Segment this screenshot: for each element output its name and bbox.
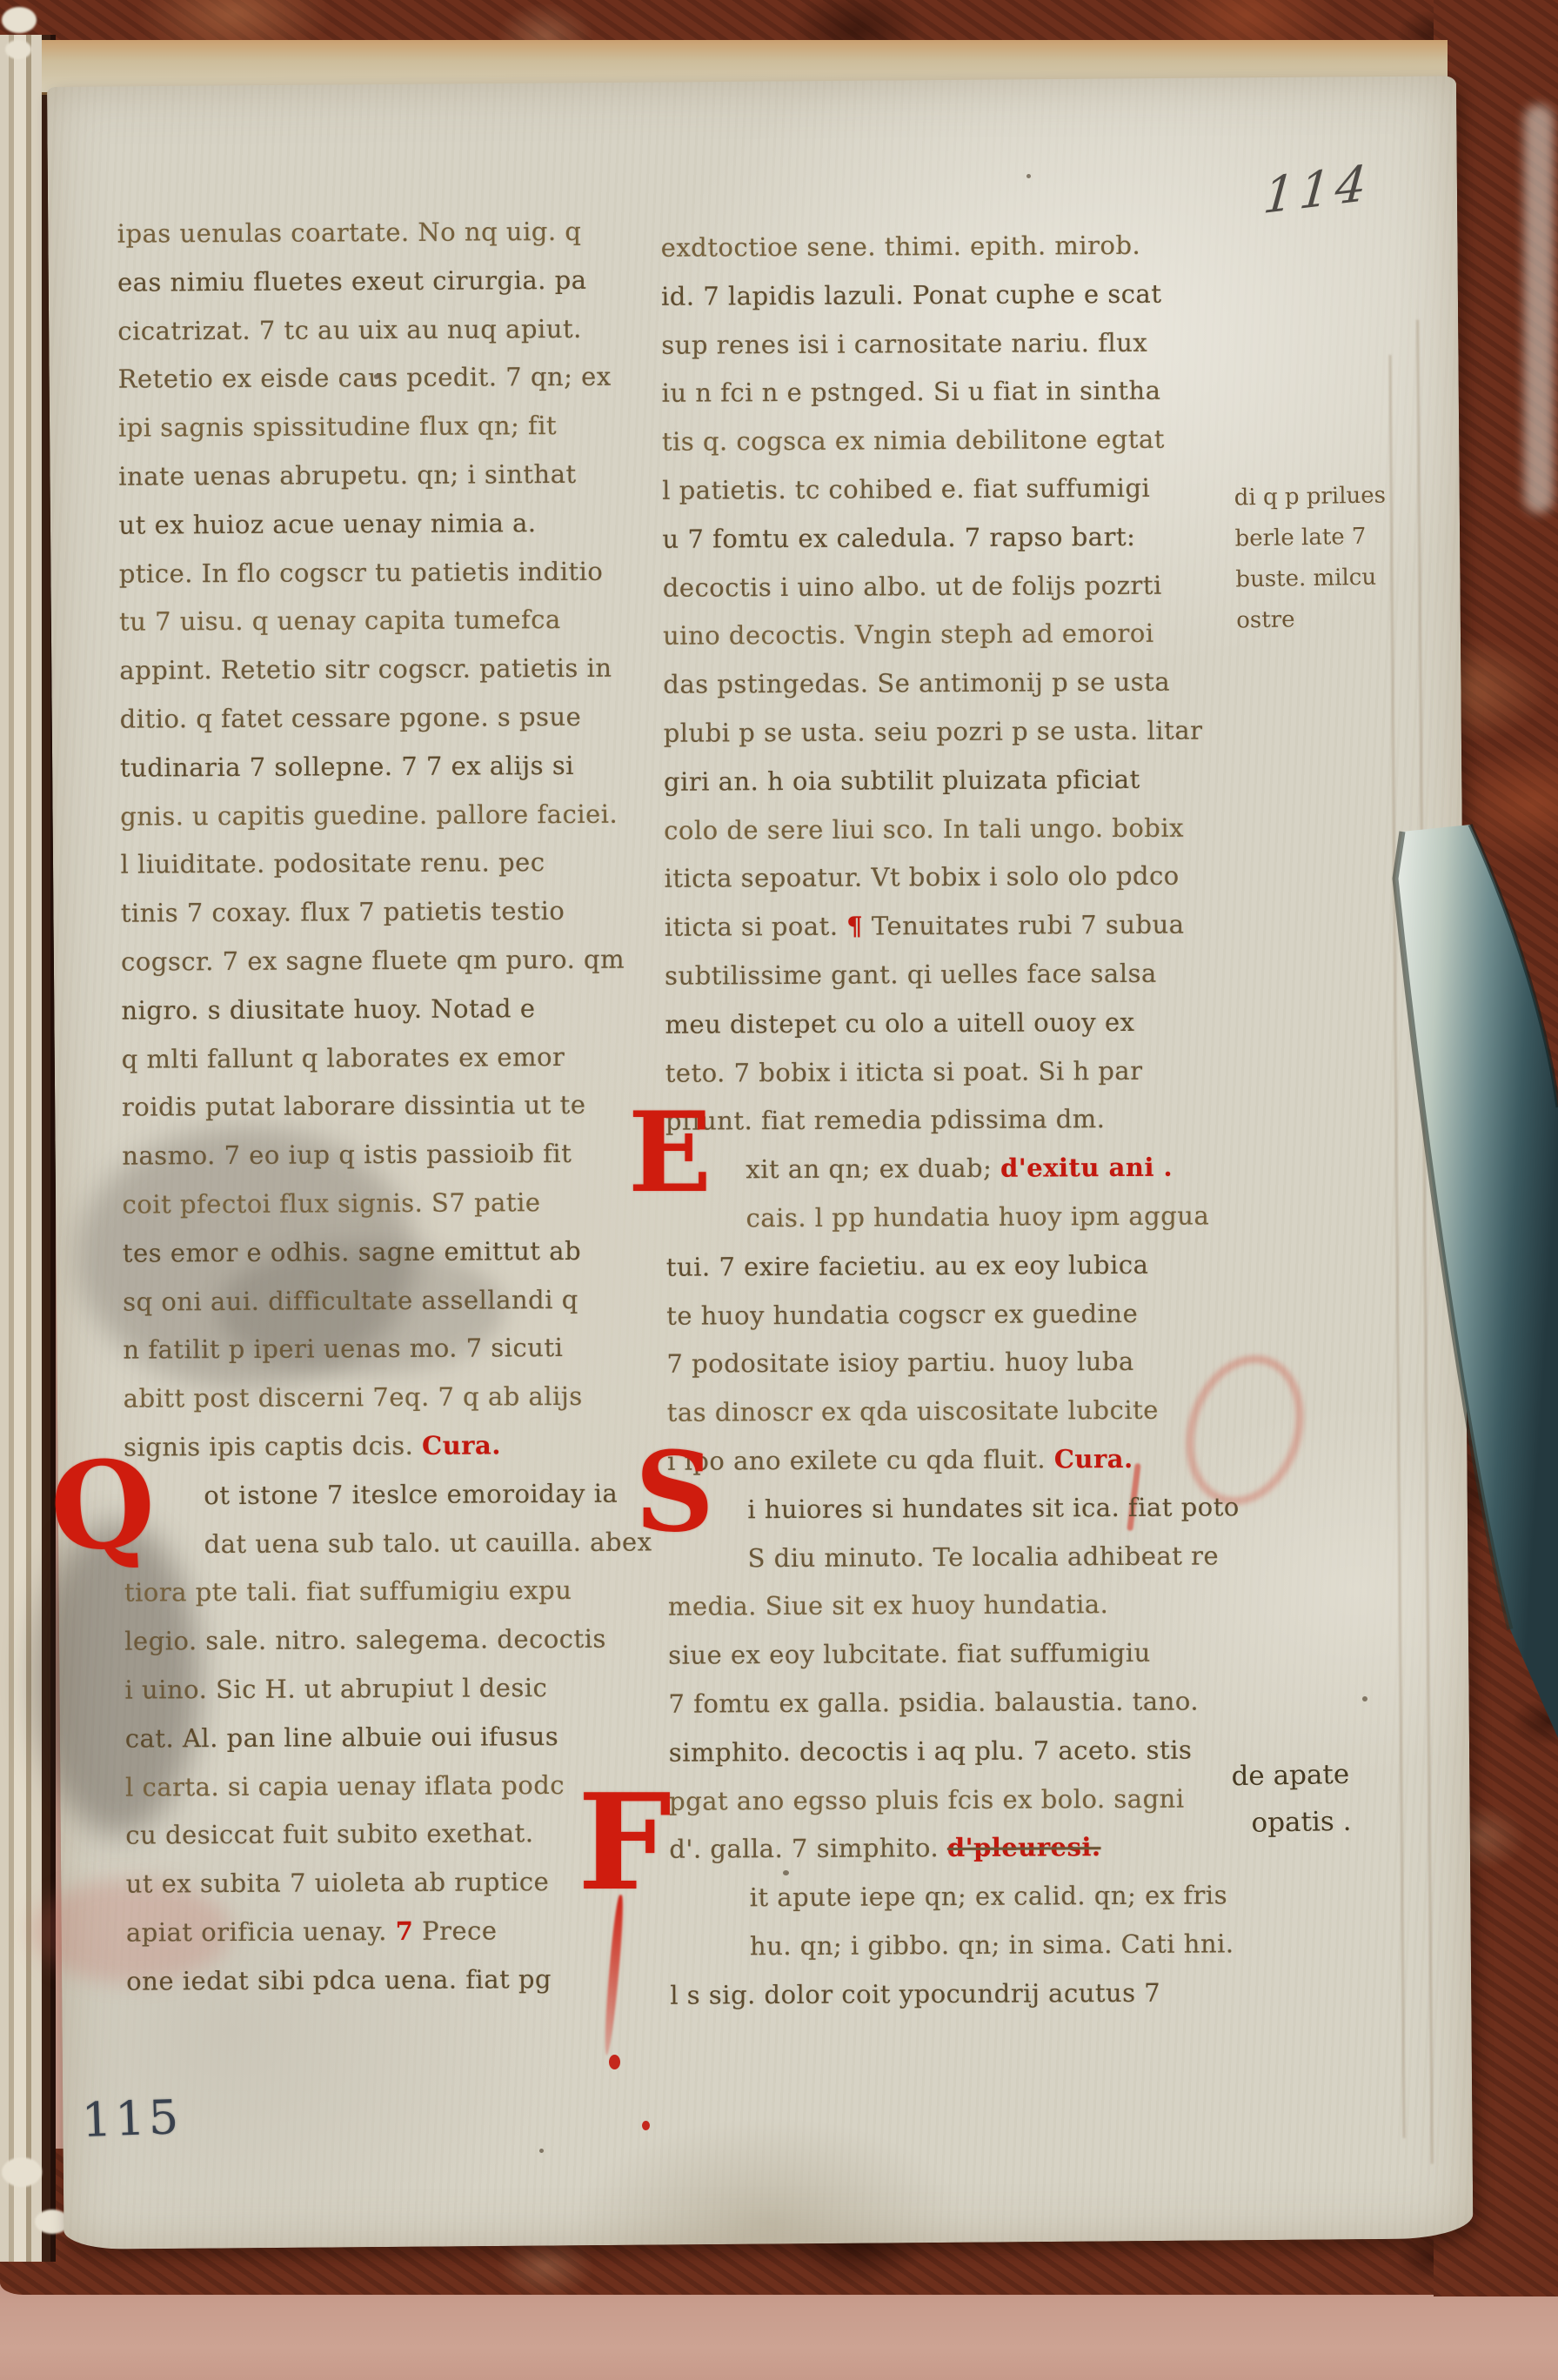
- text-line: it apute iepe qn; ex calid. qn; ex fris: [750, 1871, 1244, 1922]
- text-line: tas dinoscr ex qda uiscositate lubcite: [667, 1386, 1241, 1437]
- text-run: n fatilit p iperi uenas mo. 7 sicuti: [123, 1333, 563, 1365]
- text-line: sup renes isi i carnositate nariu. flux: [661, 318, 1235, 370]
- text-run: Retetio ex eisde caus pcedit. 7 qn; ex: [118, 362, 612, 394]
- text-line: i ipo ano exilete cu qda fluit. Cura.: [667, 1434, 1241, 1486]
- text-run: tu 7 uisu. q uenay capita tumefca: [119, 605, 561, 637]
- rubric-run: Cura.: [1054, 1444, 1133, 1474]
- text-run: i ipo ano exilete cu qda fluit.: [667, 1444, 1054, 1475]
- text-line: cais. l pp hundatia huoy ipm aggua: [746, 1192, 1240, 1243]
- text-line: ipas uenulas coartate. No nq uig. q: [117, 207, 661, 258]
- text-run: q mlti fallunt q laborates ex emor: [122, 1042, 565, 1074]
- text-column-left: ipas uenulas coartate. No nq uig. qeas n…: [117, 207, 671, 2006]
- text-run: nasmo. 7 eo iup q istis passioib fit: [122, 1139, 572, 1171]
- text-run: pgat ano egsso pluis fcis ex bolo. sagni: [669, 1783, 1185, 1815]
- margin-note-line: buste. milcu: [1235, 557, 1387, 600]
- text-line: n fatilit p iperi uenas mo. 7 sicuti: [123, 1324, 666, 1375]
- text-line: ditio. q fatet cessare pgone. s psue: [120, 692, 664, 744]
- rubric-run: d'pleuresi.: [947, 1832, 1101, 1862]
- text-line: colo de sere liui sco. In tali ungo. bob…: [664, 804, 1238, 855]
- speck: [374, 374, 379, 379]
- text-line: iticta si poat. ¶ Tenuitates rubi 7 subu…: [665, 900, 1239, 952]
- text-line: dat uena sub talo. ut cauilla. abex: [204, 1518, 667, 1569]
- text-line: ot istone 7 iteslce emoroiday ia: [204, 1469, 667, 1521]
- text-run: media. Siue sit ex huoy hundatia.: [668, 1589, 1109, 1621]
- initial-q: Q: [47, 1443, 157, 1568]
- text-line: roidis putat laborare dissintia ut te: [122, 1081, 665, 1133]
- text-run: iu n fci n e pstnged. Si u fiat in sinth…: [662, 376, 1161, 408]
- text-run: cat. Al. pan line albuie oui ifusus: [125, 1721, 559, 1754]
- text-line: q mlti fallunt q laborates ex emor: [122, 1033, 665, 1084]
- text-line: iu n fci n e pstnged. Si u fiat in sinth…: [661, 367, 1235, 418]
- text-line: pgat ano egsso pluis fcis ex bolo. sagni: [669, 1775, 1243, 1826]
- text-line: Retetio ex eisde caus pcedit. 7 qn; ex: [117, 353, 661, 404]
- text-run: i uino. Sic H. ut abrupiut l desic: [124, 1673, 547, 1705]
- folio-stamp-bottom: 115: [81, 2089, 183, 2148]
- text-run: Prece: [413, 1915, 497, 1946]
- margin-note-line: di q p prilues: [1234, 475, 1386, 518]
- rubric-run: ¶: [846, 912, 863, 941]
- text-run: l liuiditate. podositate renu. pec: [120, 847, 545, 879]
- text-line: uino decoctis. Vngin steph ad emoroi: [663, 610, 1237, 661]
- speck: [539, 2149, 544, 2153]
- text-run: teto. 7 bobix i iticta si poat. Si h par: [665, 1055, 1143, 1087]
- text-line: signis ipis captis dcis. Cura.: [124, 1421, 667, 1472]
- text-run: coit pfectoi flux signis. S7 patie: [122, 1187, 540, 1220]
- text-line: teto. 7 bobix i iticta si poat. Si h par: [665, 1046, 1240, 1098]
- text-run: tiora pte tali. fiat suffumigiu expu: [124, 1575, 572, 1608]
- text-run: ot istone 7 iteslce emoroiday ia: [204, 1478, 618, 1509]
- text-line: tis q. cogsca ex nimia debilitone egtat: [662, 415, 1236, 466]
- text-line: tes emor e odhis. sagne emittut ab: [123, 1227, 666, 1278]
- text-run: exdtoctioe sene. thimi. epith. mirob.: [661, 231, 1141, 263]
- text-run: appint. Retetio sitr cogscr. patietis in: [119, 653, 612, 685]
- text-run: ut ex huioz acue uenay nimia a.: [118, 508, 536, 540]
- text-run: d'. galla. 7 simphito.: [669, 1833, 947, 1864]
- text-run: hu. qn; i gibbo. qn; in sima. Cati hni.: [750, 1929, 1234, 1961]
- text-run: colo de sere liui sco. In tali ungo. bob…: [664, 812, 1184, 845]
- text-line: ipi sagnis spissitudine flux qn; fit: [118, 402, 662, 453]
- text-line: giri an. h oia subtilit pluizata pficiat: [664, 755, 1238, 806]
- page-corner-curl: [2, 7, 37, 33]
- text-line: abitt post discerni 7eq. 7 q ab alijs: [124, 1372, 667, 1423]
- rubric-run: Cura.: [422, 1430, 501, 1460]
- text-line: tu 7 uisu. q uenay capita tumefca: [119, 596, 663, 647]
- metal-clasp-blade[interactable]: [1340, 807, 1558, 1738]
- text-column-right: exdtoctioe sene. thimi. epith. mirob.id.…: [661, 221, 1245, 2020]
- text-line: coit pfectoi flux signis. S7 patie: [122, 1178, 665, 1229]
- ink-drip: [642, 2121, 650, 2130]
- text-line: legio. sale. nitro. salegema. decoctis: [124, 1615, 668, 1666]
- initial-f: F: [578, 1776, 672, 1909]
- text-line: siue ex eoy lubcitate. fiat suffumigiu: [668, 1628, 1242, 1680]
- text-run: cais. l pp hundatia huoy ipm aggua: [746, 1200, 1209, 1233]
- text-run: tui. 7 exire facietiu. au ex eoy lubica: [666, 1250, 1149, 1282]
- speck: [783, 1870, 789, 1875]
- speck: [1026, 174, 1031, 178]
- text-line: l liuiditate. podositate renu. pec: [120, 839, 664, 890]
- text-run: das pstingedas. Se antimonij p se usta: [663, 667, 1170, 699]
- text-run: i huiores si hundates sit ica. fiat poto: [747, 1492, 1240, 1524]
- text-run: subtilissime gant. qi uelles face salsa: [665, 959, 1157, 991]
- margin-note-bottom: de apateopatis .: [1231, 1751, 1352, 1847]
- text-run: inate uenas abrupetu. qn; i sinthat: [118, 459, 577, 491]
- text-run: iticta sepoatur. Vt bobix i solo olo pdc…: [664, 861, 1179, 893]
- page-edge-tab: [2, 2157, 42, 2187]
- text-run: nigro. s diusitate huoy. Notad e: [121, 993, 535, 1025]
- text-run: tes emor e odhis. sagne emittut ab: [123, 1236, 581, 1268]
- text-run: ut ex subita 7 uioleta ab ruptice: [126, 1867, 550, 1899]
- text-run: cicatrizat. 7 tc au uix au nuq apiut.: [117, 313, 582, 345]
- text-run: legio. sale. nitro. salegema. decoctis: [124, 1624, 606, 1656]
- text-line: nigro. s diusitate huoy. Notad e: [121, 984, 665, 1035]
- text-line: id. 7 lapidis lazuli. Ponat cuphe e scat: [661, 270, 1235, 321]
- text-run: ditio. q fatet cessare pgone. s psue: [120, 702, 582, 734]
- margin-note-line: ostre: [1236, 598, 1388, 641]
- text-run: 7 fomtu ex galla. psidia. balaustia. tan…: [668, 1686, 1199, 1718]
- text-line: 7 podositate isioy partiu. huoy luba: [666, 1338, 1240, 1389]
- text-line: das pstingedas. Se antimonij p se usta: [663, 658, 1237, 709]
- text-run: tis q. cogsca ex nimia debilitone egtat: [662, 425, 1165, 457]
- text-line: meu distepet cu olo a uitell ouoy ex: [665, 998, 1239, 1049]
- text-run: tudinaria 7 sollepne. 7 7 ex alijs si: [120, 751, 574, 783]
- text-run: roidis putat laborare dissintia ut te: [122, 1090, 586, 1122]
- text-run: sq oni aui. difficultate assellandi q: [123, 1284, 578, 1316]
- text-line: iticta sepoatur. Vt bobix i solo olo pdc…: [664, 852, 1238, 904]
- text-line: tiora pte tali. fiat suffumigiu expu: [124, 1567, 668, 1618]
- text-line: tinis 7 coxay. flux 7 patietis testio: [121, 887, 665, 939]
- text-run: tas dinoscr ex qda uiscositate lubcite: [667, 1395, 1159, 1427]
- text-line: gnis. u capitis guedine. pallore faciei.: [120, 790, 664, 841]
- text-run: decoctis i uino albo. ut de folijs pozrt…: [663, 570, 1162, 602]
- text-run: cu desiccat fuit subito exethat.: [125, 1818, 533, 1849]
- text-run: ipi sagnis spissitudine flux qn; fit: [118, 411, 557, 443]
- text-run: l s sig. dolor coit ypocundrij acutus 7: [670, 1977, 1160, 2009]
- text-line: cat. Al. pan line albuie oui ifusus: [125, 1712, 669, 1763]
- rubric-run: d'exitu ani .: [1000, 1153, 1173, 1183]
- initial-e: E: [628, 1098, 712, 1207]
- text-line: media. Siue sit ex huoy hundatia.: [668, 1581, 1242, 1632]
- text-run: eas nimiu fluetes exeut cirurgia. pa: [117, 265, 587, 297]
- leather-binding-top: [0, 0, 1558, 45]
- text-line: sq oni aui. difficultate assellandi q: [123, 1275, 666, 1327]
- text-run: ptice. In flo cogscr tu patietis inditio: [119, 556, 604, 588]
- text-run: signis ipis captis dcis.: [124, 1431, 422, 1462]
- text-line: plubi p se usta. seiu pozri p se usta. l…: [664, 706, 1238, 758]
- text-line: l s sig. dolor coit ypocundrij acutus 7: [670, 1969, 1244, 2020]
- text-run: cogscr. 7 ex sagne fluete qm puro. qm: [121, 945, 625, 977]
- text-line: hu. qn; i gibbo. qn; in sima. Cati hni.: [750, 1920, 1244, 1971]
- text-line: appint. Retetio sitr cogscr. patietis in: [119, 645, 663, 696]
- page-corner-curl: [5, 40, 31, 59]
- margin-note-line: opatis .: [1251, 1798, 1352, 1847]
- text-line: S diu minuto. Te localia adhibeat re: [747, 1532, 1241, 1583]
- text-line: one iedat sibi pdca uena. fiat pg: [126, 1955, 670, 2006]
- text-run: it apute iepe qn; ex calid. qn; ex fris: [750, 1880, 1228, 1912]
- text-line: d'. galla. 7 simphito. d'pleuresi.: [669, 1823, 1243, 1875]
- text-line: simphito. decoctis i aq plu. 7 aceto. st…: [669, 1726, 1243, 1777]
- text-line: decoctis i uino albo. ut de folijs pozrt…: [663, 561, 1237, 612]
- text-line: l patietis. tc cohibed e. fiat suffumigi: [662, 464, 1236, 515]
- margin-note-line: berle late 7: [1234, 516, 1387, 559]
- text-run: l patietis. tc cohibed e. fiat suffumigi: [662, 473, 1150, 505]
- text-run: u 7 fomtu ex caledula. 7 rapso bart:: [662, 522, 1135, 554]
- margin-note-top: di q p priluesberle late 7buste. milcuos…: [1234, 475, 1387, 641]
- text-run: te huoy hundatia cogscr ex guedine: [666, 1298, 1138, 1330]
- text-run: ipas uenulas coartate. No nq uig. q: [117, 217, 582, 249]
- text-line: subtilissime gant. qi uelles face salsa: [665, 949, 1239, 1000]
- text-line: ptice. In flo cogscr tu patietis inditio: [119, 547, 663, 598]
- text-run: tinis 7 coxay. flux 7 patietis testio: [121, 896, 565, 928]
- text-run: siue ex eoy lubcitate. fiat suffumigiu: [668, 1638, 1151, 1670]
- text-line: tui. 7 exire facietiu. au ex eoy lubica: [666, 1240, 1240, 1292]
- text-run: apiat orificia uenay.: [126, 1916, 396, 1948]
- margin-note-line: de apate: [1231, 1751, 1351, 1800]
- text-run: abitt post discerni 7eq. 7 q ab alijs: [124, 1381, 583, 1414]
- text-run: one iedat sibi pdca uena. fiat pg: [126, 1964, 552, 1996]
- text-line: tudinaria 7 sollepne. 7 7 ex alijs si: [120, 741, 664, 792]
- text-line: nasmo. 7 eo iup q istis passioib fit: [122, 1130, 665, 1181]
- text-run: iticta si poat.: [665, 912, 847, 942]
- text-line: cogscr. 7 ex sagne fluete qm puro. qm: [121, 935, 665, 986]
- text-line: 7 fomtu ex galla. psidia. balaustia. tan…: [668, 1677, 1242, 1728]
- text-run: giri an. h oia subtilit pluizata pficiat: [664, 765, 1140, 797]
- text-line: inate uenas abrupetu. qn; i sinthat: [118, 450, 662, 501]
- text-run: Tenuitates rubi 7 subua: [863, 910, 1185, 941]
- text-line: xit an qn; ex duab; d'exitu ani .: [746, 1143, 1240, 1194]
- text-run: 7 podositate isioy partiu. huoy luba: [666, 1347, 1133, 1379]
- text-run: uino decoctis. Vngin steph ad emoroi: [663, 618, 1154, 651]
- binding-wear-patch: [1524, 104, 1554, 513]
- text-line: exdtoctioe sene. thimi. epith. mirob.: [661, 221, 1235, 272]
- text-line: u 7 fomtu ex caledula. 7 rapso bart:: [662, 512, 1236, 564]
- text-run: plubi p se usta. seiu pozri p se usta. l…: [664, 715, 1203, 747]
- text-line: ut ex huioz acue uenay nimia a.: [118, 498, 662, 550]
- initial-s: S: [635, 1437, 714, 1547]
- text-run: dat uena sub talo. ut cauilla. abex: [204, 1527, 652, 1559]
- text-run: xit an qn; ex duab;: [746, 1153, 1000, 1185]
- text-line: cicatrizat. 7 tc au uix au nuq apiut.: [117, 304, 661, 356]
- ink-drip: [609, 2055, 620, 2069]
- text-line: te huoy hundatia cogscr ex guedine: [666, 1289, 1240, 1340]
- speck: [1362, 1696, 1367, 1701]
- text-run: pfiunt. fiat remedia pdissima dm.: [665, 1104, 1106, 1136]
- text-line: i huiores si hundates sit ica. fiat poto: [747, 1483, 1241, 1534]
- rubric-run: 7: [396, 1916, 414, 1946]
- text-run: l carta. si capia uenay iflata podc: [125, 1769, 565, 1802]
- text-line: eas nimiu fluetes exeut cirurgia. pa: [117, 256, 661, 307]
- text-run: S diu minuto. Te localia adhibeat re: [748, 1541, 1220, 1573]
- text-run: sup renes isi i carnositate nariu. flux: [661, 327, 1147, 359]
- text-run: id. 7 lapidis lazuli. Ponat cuphe e scat: [661, 279, 1162, 311]
- text-run: meu distepet cu olo a uitell ouoy ex: [665, 1007, 1134, 1040]
- text-line: pfiunt. fiat remedia pdissima dm.: [665, 1095, 1240, 1147]
- text-run: simphito. decoctis i aq plu. 7 aceto. st…: [669, 1735, 1193, 1767]
- text-run: gnis. u capitis guedine. pallore faciei.: [120, 799, 618, 831]
- text-line: i uino. Sic H. ut abrupiut l desic: [124, 1663, 668, 1715]
